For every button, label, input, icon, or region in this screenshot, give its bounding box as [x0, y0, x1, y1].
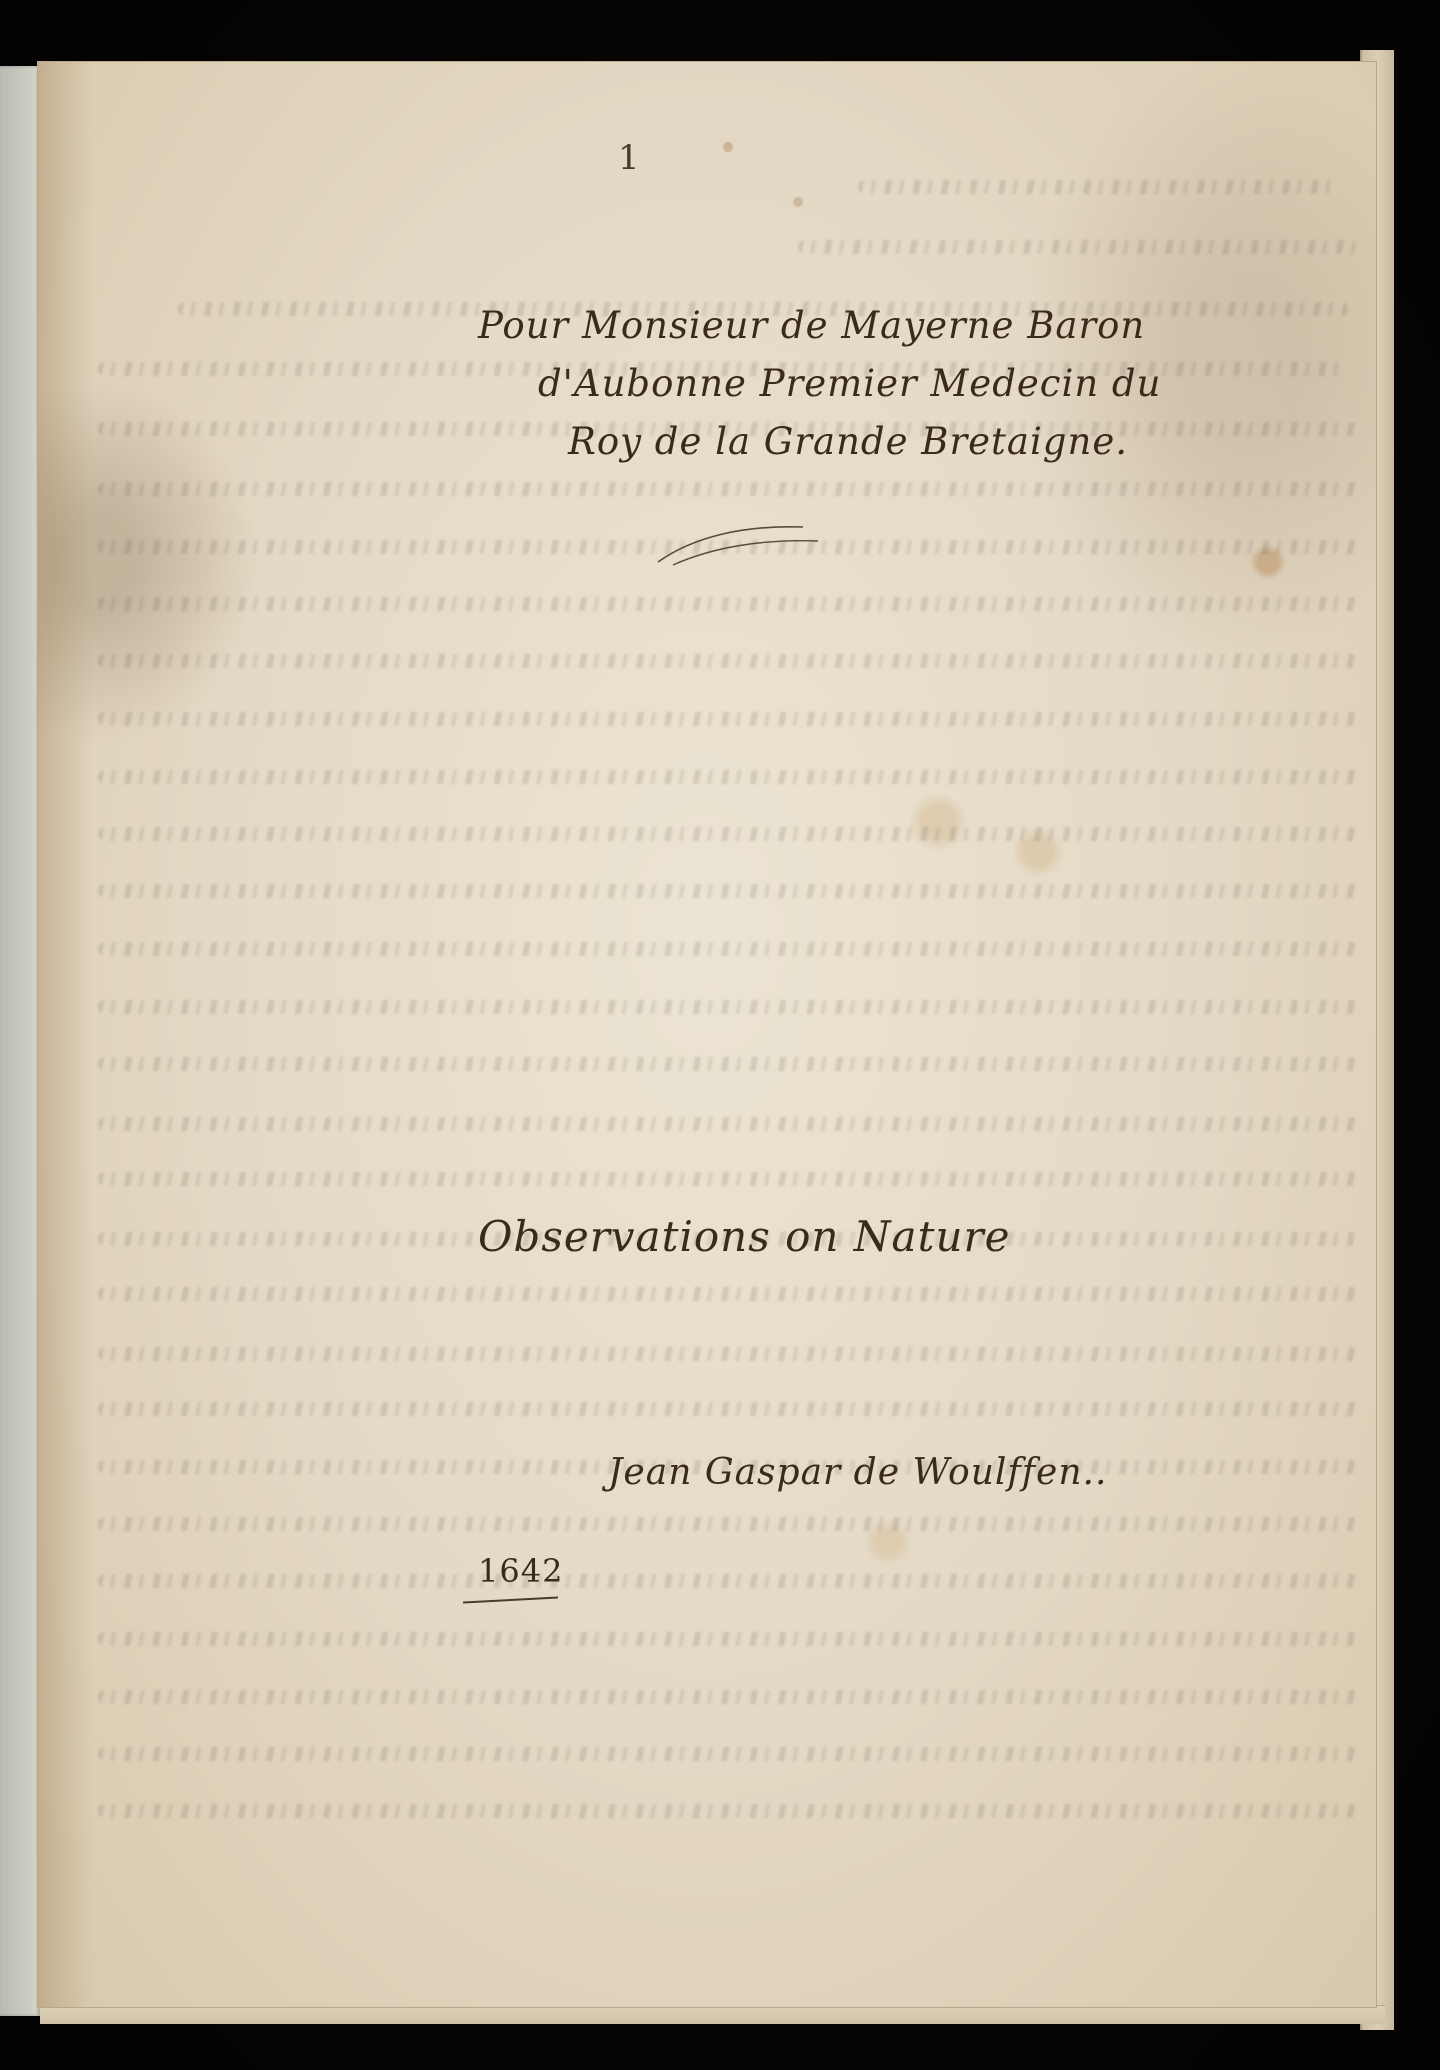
bleed-line: [98, 1287, 1358, 1301]
bleed-line: [98, 654, 1358, 668]
bleed-line: [98, 1690, 1358, 1704]
bleed-line: [98, 1347, 1358, 1361]
bleed-line: [858, 180, 1338, 194]
year: 1642: [478, 1552, 563, 1590]
bleed-line: [98, 1804, 1358, 1818]
bleed-line: [98, 827, 1358, 841]
dedication-line: d'Aubonne Premier Medecin du: [538, 355, 1161, 413]
bleed-line: [98, 942, 1358, 956]
bleed-line: [98, 1402, 1358, 1416]
bleed-line: [98, 597, 1358, 611]
bleed-line: [98, 1057, 1358, 1071]
bleed-line: [98, 1172, 1358, 1186]
bleed-line: [98, 884, 1358, 898]
bleed-line: [98, 712, 1358, 726]
page-stack-bottom-edge: [40, 2005, 1385, 2024]
folio-number: 1: [618, 138, 641, 178]
bleed-line: [98, 1000, 1358, 1014]
bleed-line: [98, 1574, 1358, 1588]
bleed-line: [798, 240, 1358, 254]
bleed-line: [98, 1117, 1358, 1131]
bleed-line: [98, 482, 1358, 496]
bleed-line: [98, 1632, 1358, 1646]
bleed-line: [98, 1747, 1358, 1761]
manuscript-page: 1 Pour Monsieur de Mayerne Baron d'Aubon…: [38, 62, 1376, 2007]
bleed-line: [98, 1517, 1358, 1531]
bleed-line: [98, 770, 1358, 784]
dedication-line: Roy de la Grande Bretaigne.: [568, 413, 1161, 471]
flourish-underline: [653, 507, 823, 567]
dedication: Pour Monsieur de Mayerne Baron d'Aubonne…: [478, 297, 1161, 471]
document-title: Observations on Nature: [478, 1212, 1010, 1261]
dedication-line: Pour Monsieur de Mayerne Baron: [478, 297, 1161, 355]
previous-leaf-edge: [0, 66, 40, 2016]
author-signature: Jean Gaspar de Woulffen..: [608, 1452, 1107, 1493]
